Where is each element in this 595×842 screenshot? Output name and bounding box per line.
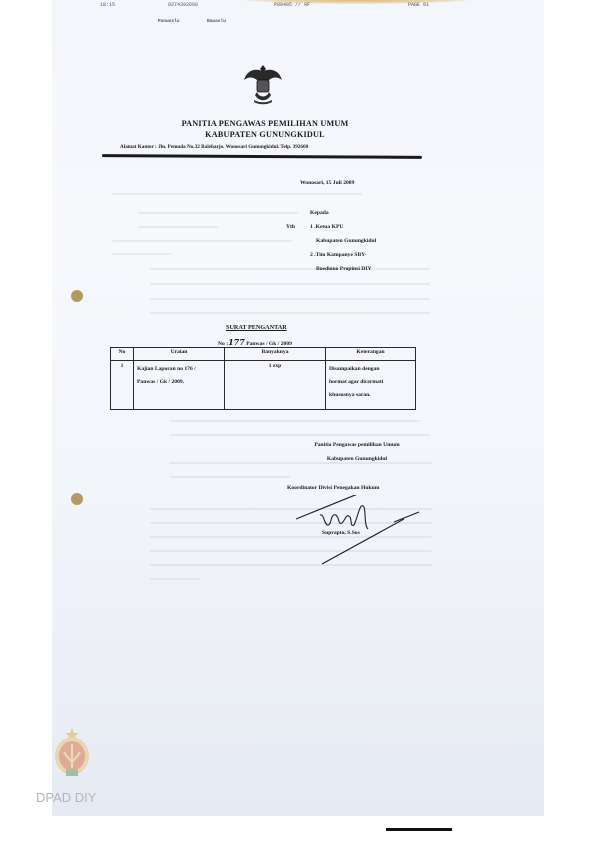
office-address: Alamat Kantor : Jln. Pemuda No.32 Baleha… (120, 144, 420, 150)
fax-code: P09405 // 0F (274, 2, 310, 8)
org-name: PANITIA PENGAWAS PEMILIHAN UMUM (100, 119, 430, 128)
letter-number: No :177 Panwas / Gk / 2009 (218, 337, 292, 347)
header-banyaknya: Banyaknya (225, 348, 326, 361)
bleed-text (170, 462, 432, 464)
punch-hole (71, 290, 83, 302)
keterangan-line: khususnya saran. (329, 389, 412, 402)
table-header-row: No Uraian Banyaknya Keterangan (111, 348, 416, 361)
bleed-text (112, 253, 172, 255)
cell-no: 1 (111, 361, 134, 410)
dpad-watermark-emblem-icon (51, 728, 93, 780)
items-table: No Uraian Banyaknya Keterangan 1 Kajian … (110, 347, 416, 410)
bleed-text (170, 434, 430, 436)
bleed-text (112, 193, 362, 195)
bleed-text (150, 578, 200, 580)
keterangan-line: Disampaikan dengan (329, 363, 412, 376)
bleed-text (170, 476, 290, 478)
recipient-line: 2 .Tim Kampanye SBY- (310, 252, 367, 258)
table-row: 1 Kajian Laporan no 176 / Panwas / Gk / … (111, 361, 416, 410)
bleed-text (150, 283, 430, 285)
addressee-label: Kepada (310, 210, 329, 216)
bleed-text (150, 298, 430, 300)
letter-title: SURAT PENGANTAR (226, 324, 287, 331)
watermark-text: DPAD DIY (36, 790, 96, 805)
garuda-emblem-icon (241, 62, 285, 106)
bleed-text (138, 226, 218, 228)
fax-page: PAGE 01 (408, 2, 429, 8)
cell-banyaknya: 1 exp (225, 361, 326, 410)
signatory-region: Kabupaten Gunungkidul (282, 456, 432, 462)
keterangan-line: hormat agar dicermati (329, 376, 412, 389)
fax-stamp-b: Bawaslu (207, 19, 226, 24)
signatory-org: Panitia Pengawas pemilihan Umum (282, 442, 432, 448)
header-uraian: Uraian (134, 348, 225, 361)
place-date: Wonosari, 15 Juli 2009 (300, 180, 354, 186)
bleed-text (138, 212, 298, 214)
cell-keterangan: Disampaikan dengan hormat agar dicermati… (326, 361, 416, 410)
header-no: No (111, 348, 134, 361)
signatory-position: Koordinator Divisi Penegakan Hukum (287, 485, 379, 491)
uraian-line: Panwas / Gk / 2009. (137, 376, 221, 389)
fax-stamp-a: Panwaslu (158, 19, 180, 24)
handwritten-signature-icon (290, 495, 430, 575)
punch-hole (71, 493, 83, 505)
footer-bar (386, 828, 452, 831)
cell-uraian: Kajian Laporan no 176 / Panwas / Gk / 20… (134, 361, 225, 410)
yth-label: Yth (286, 224, 295, 230)
bleed-text (150, 268, 430, 270)
fax-time: 18:15 (100, 2, 115, 8)
handwritten-number: 177 (228, 337, 245, 347)
org-region: KABUPATEN GUNUNGKIDUL (100, 130, 430, 139)
recipient-line: 1 .Ketua KPU (310, 224, 343, 230)
header-keterangan: Keterangan (326, 348, 416, 361)
bleed-text (170, 420, 420, 422)
recipient-line: Kabupaten Gunungkidul (316, 238, 376, 244)
bleed-text (150, 312, 430, 314)
fax-number: 0274392660 (168, 2, 198, 8)
bleed-text (112, 240, 292, 242)
uraian-line: Kajian Laporan no 176 / (137, 363, 221, 376)
recipient-line: Boediono Propinsi DIY (316, 266, 372, 272)
